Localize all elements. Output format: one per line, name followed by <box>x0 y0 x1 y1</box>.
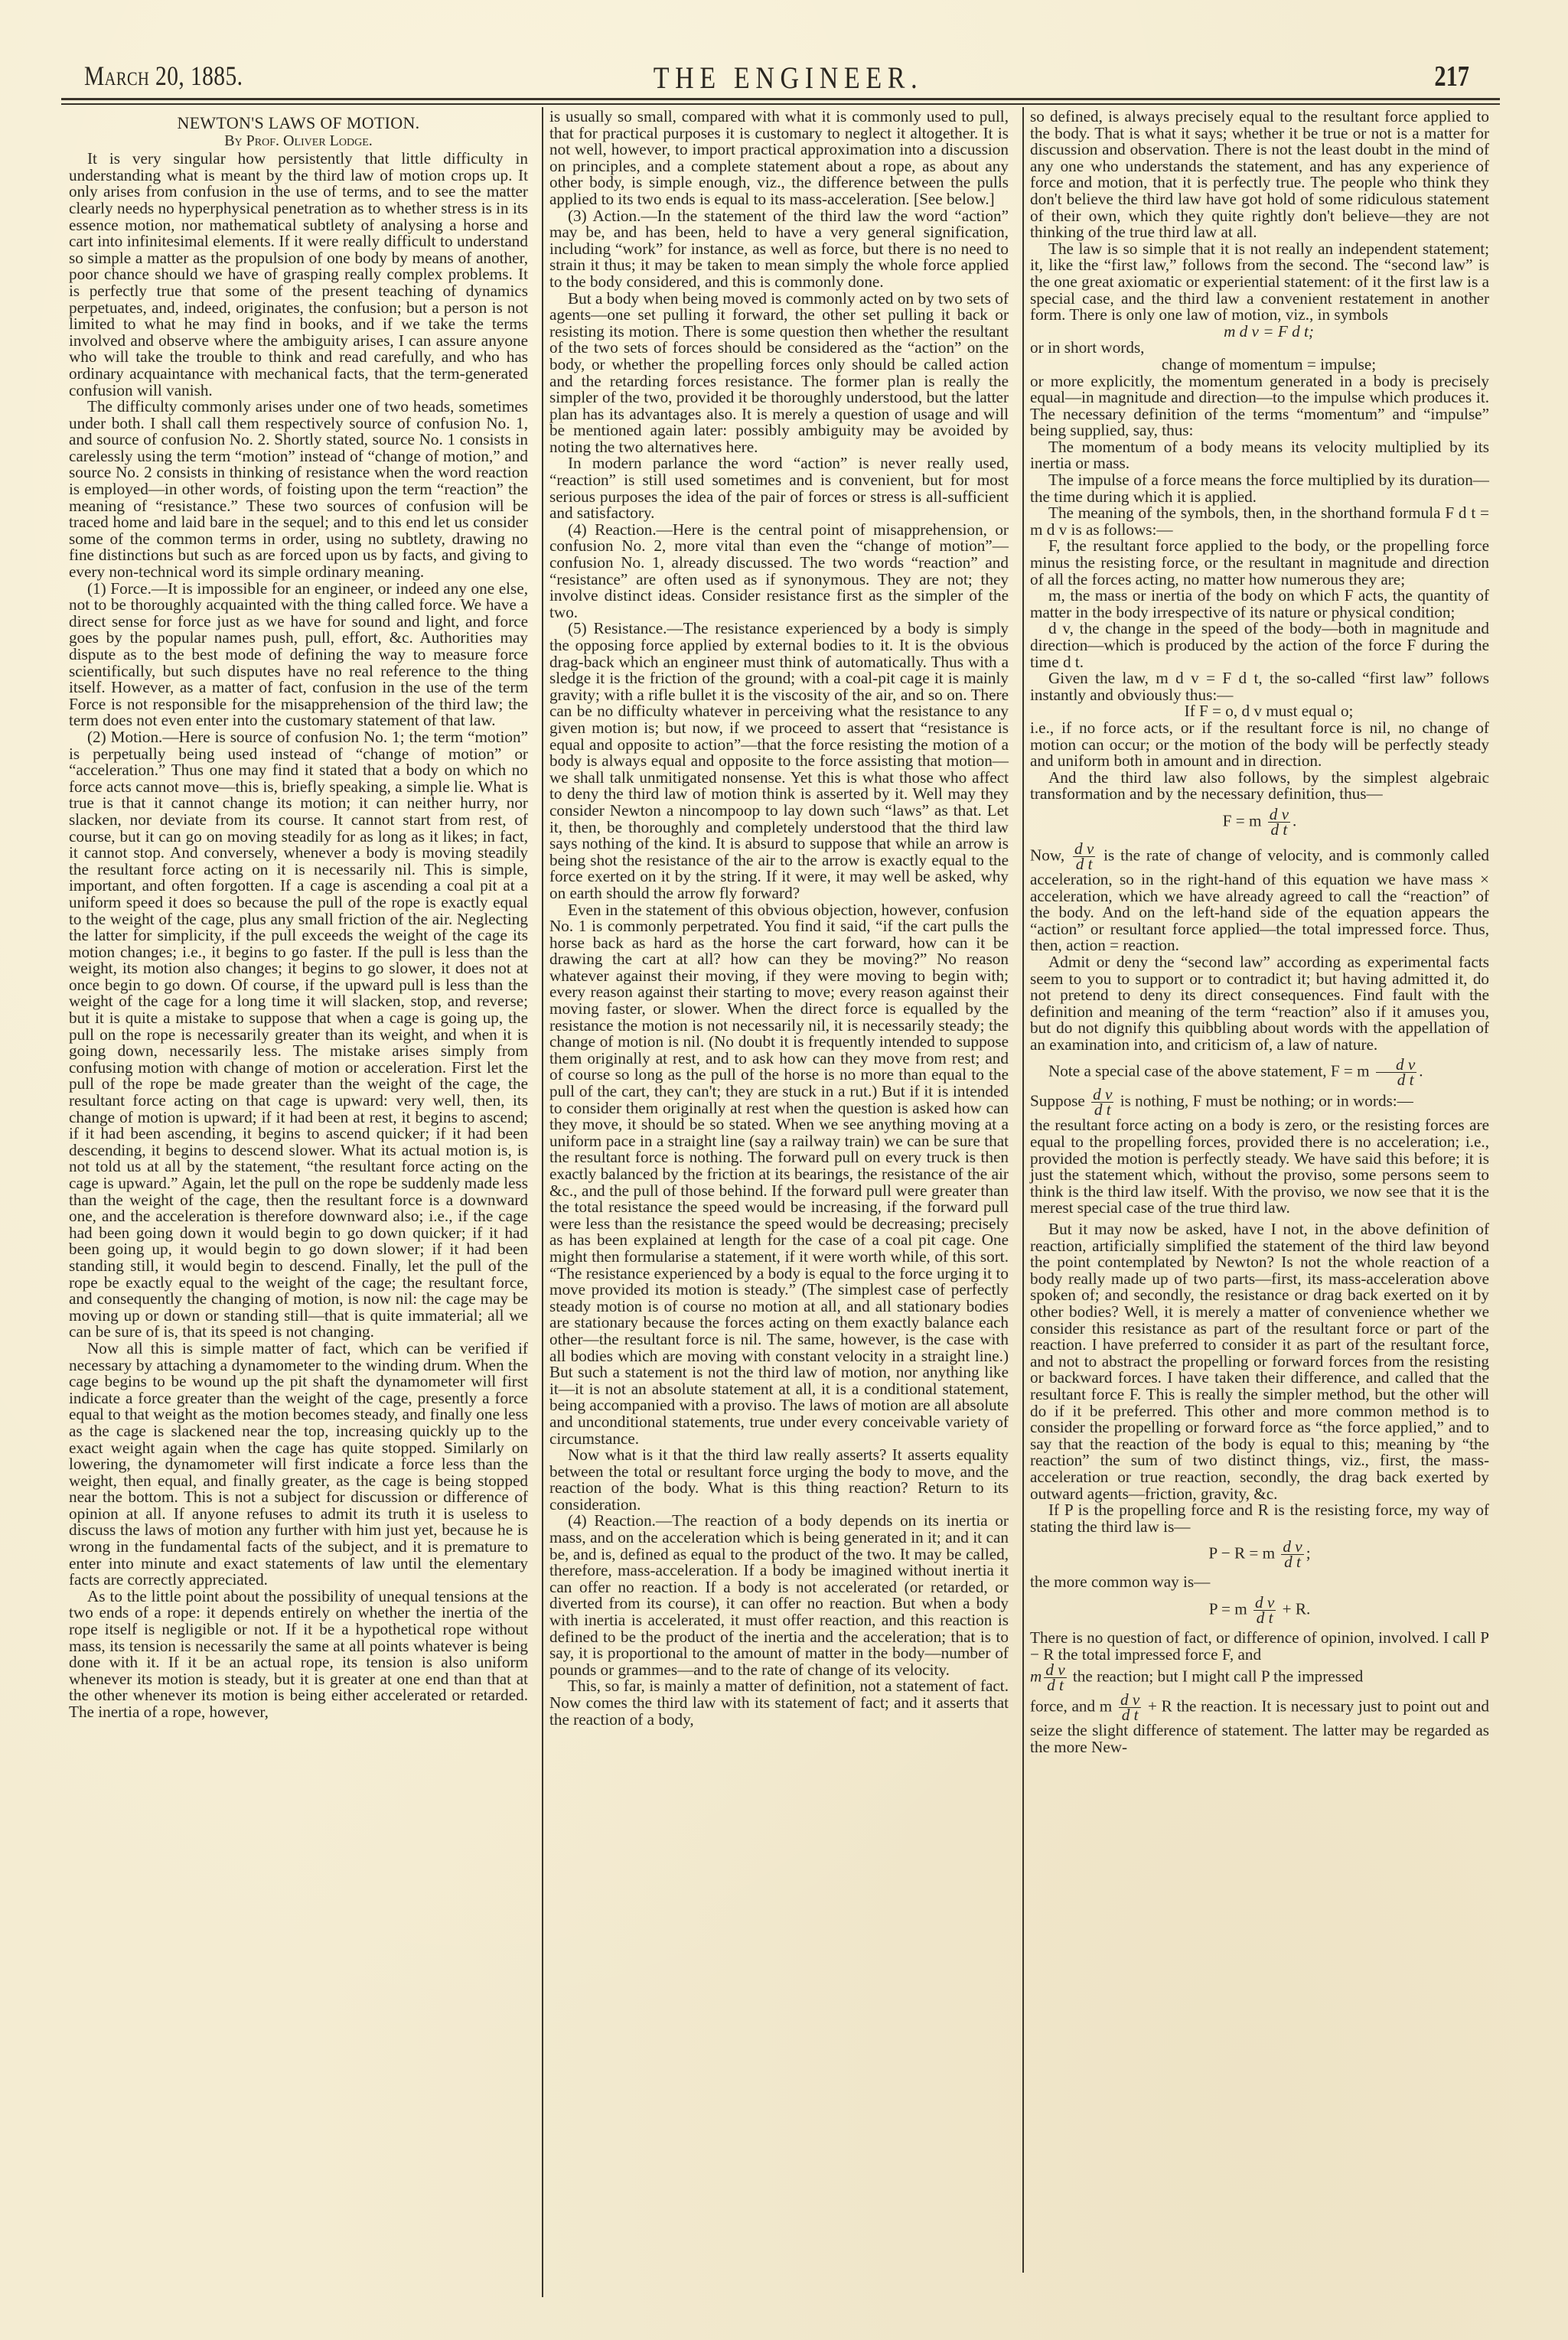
paragraph: Admit or deny the “second law” according… <box>1030 954 1489 1054</box>
fraction-dv-dt: d vd t <box>1376 1058 1416 1087</box>
paragraph: Now, d vd t is the rate of change of vel… <box>1030 842 1489 954</box>
paragraph: is usually so small, compared with what … <box>549 109 1009 208</box>
paragraph: Even in the statement of this obvious ob… <box>549 902 1009 1448</box>
fraction-dv-dt: d vd t <box>1044 1663 1066 1693</box>
paragraph: The law is so simple that it is not real… <box>1030 241 1489 324</box>
paragraph: (2) Motion.—Here is source of confusion … <box>69 729 528 1341</box>
paragraph: (3) Action.—In the statement of the thir… <box>549 208 1009 291</box>
column-1: NEWTON'S LAWS OF MOTION. By Prof. Oliver… <box>69 109 528 1721</box>
article-byline: By Prof. Oliver Lodge. <box>69 133 528 150</box>
publication-title: THE ENGINEER. <box>171 60 1407 96</box>
paragraph: the more common way is— <box>1030 1574 1489 1591</box>
fraction-dv-dt: d vd t <box>1119 1693 1141 1722</box>
column-divider-1 <box>542 107 543 2297</box>
header-rule-top <box>61 98 1500 100</box>
equation-f-equals-ma: F = m d vd t. <box>1030 807 1489 837</box>
column-divider-2 <box>1022 107 1024 2273</box>
paragraph: Suppose d vd t is nothing, F must be not… <box>1030 1087 1489 1117</box>
paragraph: But it may now be asked, have I not, in … <box>1030 1221 1489 1502</box>
fraction-dv-dt: d vd t <box>1281 1540 1303 1569</box>
paragraph: Note a special case of the above stateme… <box>1030 1058 1489 1087</box>
column-2: is usually so small, compared with what … <box>549 109 1009 1728</box>
equation: If F = o, d v must equal o; <box>1030 703 1489 720</box>
paragraph: i.e., if no force acts, or if the result… <box>1030 720 1489 770</box>
paragraph: F, the resultant force applied to the bo… <box>1030 538 1489 588</box>
paragraph: The difficulty commonly arises under one… <box>69 399 528 581</box>
paragraph: m, the mass or inertia of the body on wh… <box>1030 588 1489 621</box>
paragraph: (4) Reaction.—Here is the central point … <box>549 522 1009 621</box>
equation: change of momentum = impulse; <box>1030 357 1489 373</box>
paragraph: d v, the change in the speed of the body… <box>1030 621 1489 670</box>
paragraph: The impulse of a force means the force m… <box>1030 472 1489 505</box>
paragraph: The meaning of the symbols, then, in the… <box>1030 505 1489 538</box>
paragraph: or more explicitly, the momentum generat… <box>1030 373 1489 439</box>
paragraph: Now all this is simple matter of fact, w… <box>69 1341 528 1589</box>
fraction-dv-dt: d vd t <box>1268 807 1290 837</box>
paragraph: But a body when being moved is commonly … <box>549 291 1009 456</box>
paragraph: the resultant force acting on a body is … <box>1030 1117 1489 1217</box>
paragraph: or in short words, <box>1030 340 1489 357</box>
paragraph: As to the little point about the possibi… <box>69 1589 528 1721</box>
equation-p-equals: P = m d vd t + R. <box>1030 1595 1489 1625</box>
paragraph: Now what is it that the third law really… <box>549 1447 1009 1513</box>
equation-p-minus-r: P − R = m d vd t; <box>1030 1540 1489 1569</box>
paragraph: This, so far, is mainly a matter of defi… <box>549 1678 1009 1728</box>
paragraph: so defined, is always precisely equal to… <box>1030 109 1489 241</box>
header-rule-bottom <box>61 103 1500 105</box>
equation: m d v = F d t; <box>1030 324 1489 341</box>
paragraph: There is no question of fact, or differe… <box>1030 1630 1489 1663</box>
paragraph: It is very singular how persistently tha… <box>69 151 528 399</box>
paragraph: md vd t the reaction; but I might call P… <box>1030 1663 1489 1693</box>
paragraph: If P is the propelling force and R is th… <box>1030 1502 1489 1535</box>
column-3: so defined, is always precisely equal to… <box>1030 109 1489 1755</box>
fraction-dv-dt: d vd t <box>1253 1595 1276 1625</box>
page-number: 217 <box>1434 60 1469 93</box>
fraction-dv-dt: d vd t <box>1091 1087 1113 1117</box>
paragraph: force, and m d vd t + R the reaction. It… <box>1030 1693 1489 1755</box>
paragraph: (4) Reaction.—The reaction of a body dep… <box>549 1513 1009 1678</box>
paragraph: (5) Resistance.—The resistance experienc… <box>549 621 1009 901</box>
article-title: NEWTON'S LAWS OF MOTION. <box>69 115 528 132</box>
paragraph: In modern parlance the word “action” is … <box>549 455 1009 521</box>
paragraph: The momentum of a body means its velocit… <box>1030 439 1489 472</box>
fraction-dv-dt: d vd t <box>1073 842 1095 872</box>
paragraph: Given the law, m d v = F d t, the so-cal… <box>1030 670 1489 703</box>
paragraph: And the third law also follows, by the s… <box>1030 770 1489 803</box>
paragraph: (1) Force.—It is impossible for an engin… <box>69 581 528 729</box>
masthead: March 20, 1885. THE ENGINEER. 217 <box>61 60 1515 90</box>
